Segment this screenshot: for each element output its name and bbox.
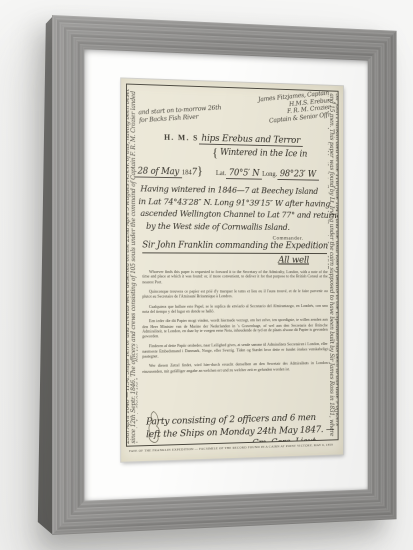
handwritten-line: ascended Wellington Channel to Lat 77° a…	[140, 208, 328, 222]
handwritten-franklin-line: Sir John Franklin commanding the Expedit…	[142, 241, 327, 255]
printed-long-label: Long.	[262, 170, 277, 178]
frame-side-face	[37, 16, 53, 535]
brace-glyph: {	[212, 145, 218, 160]
top-left-scrawl: and start on to-morrow 26th for Backs Fi…	[138, 103, 222, 124]
handwritten-voyage-paragraph: Having wintered in 1846—7 at Beechey Isl…	[140, 183, 328, 234]
framed-print: 25th April 1848 — H.M. Ships Terror and …	[52, 15, 397, 535]
handwritten-all-well: All well	[278, 255, 309, 266]
top-margin-scrawls: and start on to-morrow 26th for Backs Fi…	[135, 89, 331, 135]
margin-note-left: 25th April 1848 — H.M. Ships Terror and …	[126, 86, 138, 443]
instruction-german: Wer diesen Zettel findet, wird hier-durc…	[142, 362, 327, 375]
instruction-english: Whoever finds this paper is requested to…	[142, 270, 327, 285]
printed-form-border: 25th April 1848 — H.M. Ships Terror and …	[126, 84, 339, 447]
instruction-dutch: Een ieder die dit Papier mogt vinden, wo…	[142, 318, 327, 340]
frame-left	[52, 15, 84, 535]
multilingual-instructions: Whoever finds this paper is requested to…	[142, 270, 329, 414]
brace-glyph: }	[197, 163, 203, 179]
top-right-scrawl: James Fitzjames, Captain H.M.S. Erebus F…	[258, 90, 332, 126]
printed-lat-label: Lat.	[216, 169, 226, 177]
header-wintered-line: { Wintered in the Ice in	[135, 143, 331, 163]
handwritten-latitude: 70°5′ N	[226, 168, 262, 179]
handwritten-longitude: 98°23′ W	[277, 169, 318, 180]
instructions-text-block: Whoever finds this paper is requested to…	[142, 270, 327, 375]
handwritten-wintered: Wintered in the Ice in	[220, 148, 307, 160]
victory-point-note-print: 25th April 1848 — H.M. Ships Terror and …	[121, 78, 343, 461]
ink-outline-blob	[146, 410, 163, 444]
instruction-french: Quinconque trouvera ce papier est prié d…	[142, 290, 327, 301]
handwritten-line: by the West side of Cornwallis Island.	[146, 220, 329, 234]
printed-hms-prefix: H. M. S	[164, 133, 199, 143]
instruction-spanish: Cualquiera que hallare este Papel, se le…	[142, 304, 327, 315]
handwritten-date: 28 of May	[135, 167, 182, 179]
printed-year-stub: 184	[182, 168, 192, 176]
mat-board: 25th April 1848 — H.M. Ships Terror and …	[84, 49, 367, 500]
frame-right	[368, 29, 397, 520]
margin-note-right: Sir John Franklin died on the 11th June …	[328, 93, 339, 437]
photo-background: 25th April 1848 — H.M. Ships Terror and …	[0, 0, 413, 550]
instruction-danish: Finderen af dette Papiir ombedes, naar L…	[142, 342, 327, 359]
date-position-line: 28 of May 184 7 } Lat. 70°5′ N Long. 98°…	[135, 162, 331, 181]
all-well-row: All well	[135, 254, 309, 265]
